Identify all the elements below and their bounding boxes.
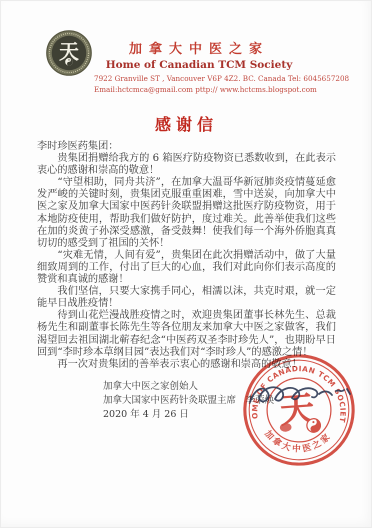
tcm-society-logo-icon: 天: [46, 30, 92, 76]
address-line: 7922 Granville ST , Vancouver V6P 4Z2. B…: [94, 74, 304, 83]
salutation: 李时珍医药集团：: [37, 141, 336, 153]
letterhead: 天 加拿大中医之家 Home of Canadian TCM Society 7…: [46, 30, 346, 100]
letter-title: 感谢信: [37, 112, 336, 135]
handwritten-signature: [246, 378, 354, 410]
org-name-zh: 加拿大中医之家: [94, 38, 304, 57]
paragraph: 贵集团捐赠给我方的 6 箱医疗防疫物资已悉数收到，在此表示衷心的感谢和崇高的敬意…: [37, 153, 336, 177]
paragraph: “守望相助，同舟共济”，在加拿大温哥华新冠肺炎疫情蔓延愈发严峻的关键时刻，贵集团…: [37, 177, 336, 250]
paragraph: “灾难无情，人间有爱”，贵集团在此次捐赠活动中，做了大量细致周到的工作，付出了巨…: [37, 250, 336, 286]
letter-body: 李时珍医药集团： 贵集团捐赠给我方的 6 箱医疗防疫物资已悉数收到，在此表示衷心…: [37, 141, 336, 371]
paragraph: 我们坚信，只要大家携手同心，相濡以沫，共克时艰，就一定能早日战胜疫情！: [37, 286, 336, 310]
contact-line: Email:hctcmca@gmail.com pttp:// www.hctc…: [94, 85, 304, 94]
red-seal-stamp: HOME OF CANADIAN TCM SOCIETY 加拿大中医之家 天: [239, 350, 359, 470]
org-name-en: Home of Canadian TCM Society: [94, 59, 304, 71]
scanned-letter-page: 天 加拿大中医之家 Home of Canadian TCM Society 7…: [0, 0, 372, 528]
